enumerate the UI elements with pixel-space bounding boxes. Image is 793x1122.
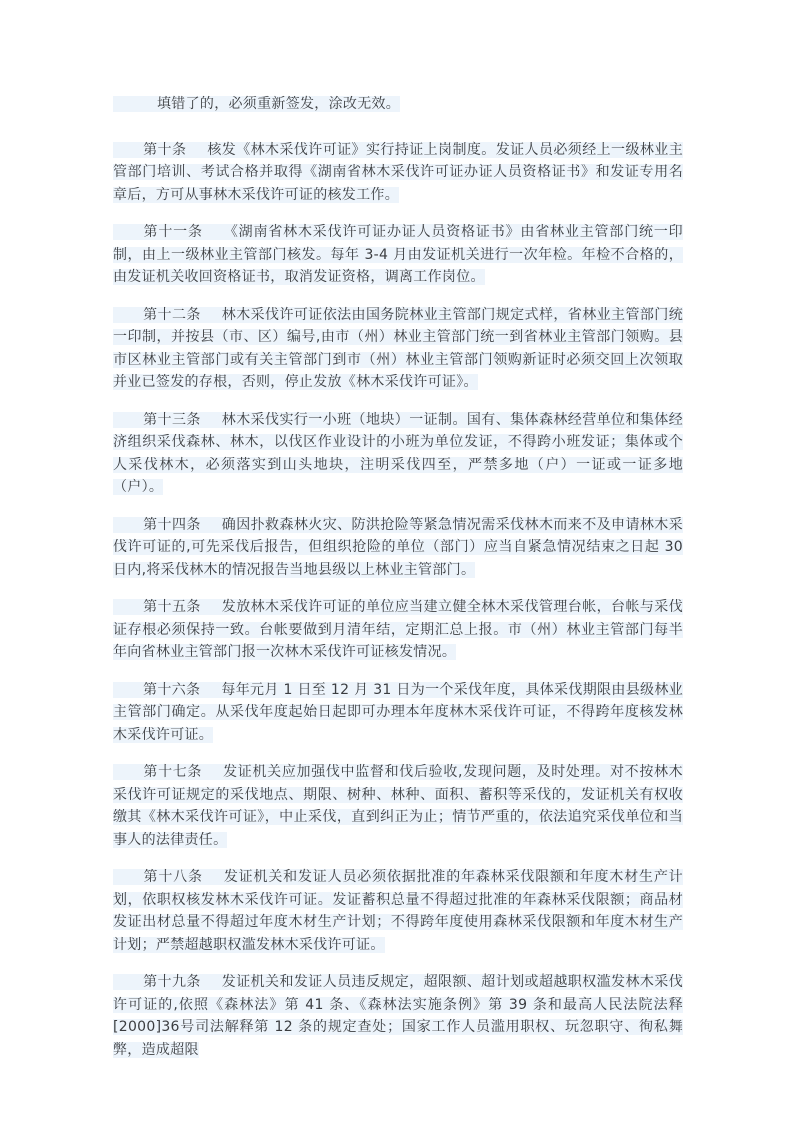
first-line-indent [113,610,143,611]
first-line-indent [113,528,143,529]
paragraph: 第十八条发证机关和发证人员必须依据批准的年森林采伐限额和年度木材生产计划，依职权… [113,866,683,956]
paragraph: 第十七条发证机关应加强伐中监督和伐后验收,发现问题，及时处理。对不按林木采伐许可… [113,761,683,851]
article-number: 第十五条 [143,599,201,615]
article-number: 第十六条 [143,682,200,698]
paragraph: 第十二条林木采伐许可证依法由国务院林业主管部门规定式样，省林业主管部门统一印制，… [113,304,683,394]
paragraph-highlight: 填错了的，必须重新签发，涂改无效。 [113,96,400,112]
paragraph: 第十五条发放林木采伐许可证的单位应当建立健全林木采伐管理台帐，台帐与采伐证存根必… [113,596,683,664]
paragraph: 第十九条发证机关和发证人员违反规定，超限额、超计划或超越职权滥发林木采伐许可证的… [113,971,683,1061]
first-line-indent [113,153,143,154]
paragraph-highlight: 第十条核发《林木采伐许可证》实行持证上岗制度。发证人员必须经上一级林业主管部门培… [113,142,683,203]
first-line-indent [113,985,143,986]
first-line-indent [113,235,143,236]
paragraph: 第十三条林木采伐实行一小班（地块）一证制。国有、集体森林经营单位和集体经济组织采… [113,409,683,499]
paragraph-highlight: 第十九条发证机关和发证人员违反规定，超限额、超计划或超越职权滥发林木采伐许可证的… [113,974,683,1058]
first-line-indent [113,693,143,694]
article-number: 第十三条 [143,412,201,428]
article-number: 第十二条 [143,307,201,323]
document-page: 填错了的，必须重新签发，涂改无效。 第十条核发《林木采伐许可证》实行持证上岗制度… [0,0,793,1122]
article-number: 第十条 [143,142,186,158]
paragraph: 第十条核发《林木采伐许可证》实行持证上岗制度。发证人员必须经上一级林业主管部门培… [113,139,683,207]
paragraph-highlight: 第十六条每年元月 1 日至 12 月 31 日为一个采伐年度，具体采伐期限由县级… [113,682,683,743]
paragraph-highlight: 第十一条《湖南省林木采伐许可证办证人员资格证书》由省林业主管部门统一印制，由上一… [113,224,683,285]
article-number: 第十七条 [143,764,202,780]
paragraph-highlight: 第十八条发证机关和发证人员必须依据批准的年森林采伐限额和年度木材生产计划，依职权… [113,869,683,953]
paragraph-text: 填错了的，必须重新签发，涂改无效。 [157,96,400,112]
first-line-indent [113,880,143,881]
article-number: 第十四条 [143,517,201,533]
paragraph: 填错了的，必须重新签发，涂改无效。 [113,93,683,116]
paragraph-highlight: 第十五条发放林木采伐许可证的单位应当建立健全林木采伐管理台帐，台帐与采伐证存根必… [113,599,683,660]
paragraph: 第十一条《湖南省林木采伐许可证办证人员资格证书》由省林业主管部门统一印制，由上一… [113,221,683,289]
first-line-indent [113,423,143,424]
paragraph-highlight: 第十二条林木采伐许可证依法由国务院林业主管部门规定式样，省林业主管部门统一印制，… [113,307,683,391]
paragraph: 第十六条每年元月 1 日至 12 月 31 日为一个采伐年度，具体采伐期限由县级… [113,679,683,747]
paragraph: 第十四条确因扑救森林火灾、防洪抢险等紧急情况需采伐林木而来不及申请林木采伐许可证… [113,514,683,582]
paragraph-text: 核发《林木采伐许可证》实行持证上岗制度。发证人员必须经上一级林业主管部门培训、考… [113,142,683,203]
first-line-indent [113,775,143,776]
paragraph-highlight: 第十三条林木采伐实行一小班（地块）一证制。国有、集体森林经营单位和集体经济组织采… [113,412,683,496]
paragraph-highlight: 第十四条确因扑救森林火灾、防洪抢险等紧急情况需采伐林木而来不及申请林木采伐许可证… [113,517,683,578]
article-number: 第十一条 [143,224,203,240]
article-number: 第十九条 [143,974,201,990]
paragraph-highlight: 第十七条发证机关应加强伐中监督和伐后验收,发现问题，及时处理。对不按林木采伐许可… [113,764,683,848]
first-line-indent [113,107,157,108]
first-line-indent [113,318,143,319]
article-number: 第十八条 [143,869,203,885]
